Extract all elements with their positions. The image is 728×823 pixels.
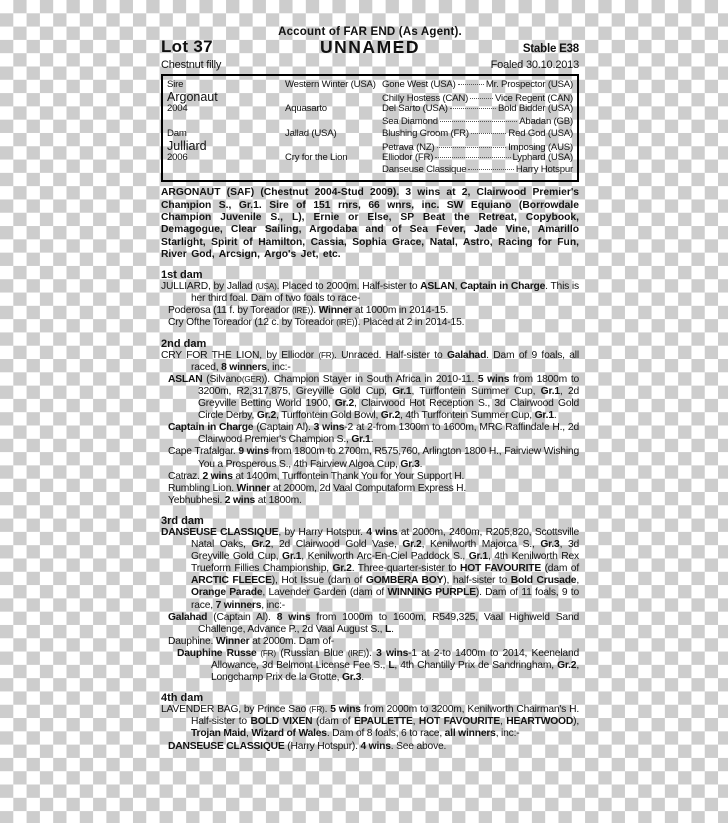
bold-text-run: 8 wins (277, 612, 311, 623)
section-heading: 4th dam (161, 692, 579, 704)
bold-text-run: Gr.2 (257, 410, 276, 421)
ancestor-name: Red God (USA) (508, 128, 573, 140)
bold-text-run: Bold Crusade (511, 575, 577, 586)
ancestor-pair: Sea DiamondAbadan (GB) (382, 116, 573, 128)
bold-text-run: 5 wins (478, 374, 509, 385)
pedigree-paragraph: Rumbling Lion. Winner at 2000m, 2d Vaal … (168, 483, 579, 495)
pedigree-row: 2004AquasartoDel Sarto (USA)Bold Bidder … (167, 103, 573, 115)
bold-text-run: BOLD VIXEN (251, 716, 313, 727)
text-run: (FR) (309, 705, 325, 714)
text-run: , inc:- (261, 600, 285, 611)
bold-text-run: Gr.1 (469, 551, 488, 562)
text-run: CRY FOR THE LION, by Elliodor (161, 350, 318, 361)
pedigree-paragraph: Cape Trafalgar. 9 wins from 1800m to 270… (168, 446, 579, 470)
text-run: , Kenilworth Majorca S., (422, 539, 541, 550)
bold-text-run: 4 wins (361, 741, 391, 752)
pedigree-paragraph: Galahad (Captain Al). 8 wins from 1000m … (168, 612, 579, 636)
text-run: JULLIARD, by Jallad (161, 281, 255, 292)
bold-text-run: Gr.1 (392, 386, 411, 397)
dam-sections: 1st damJULLIARD, by Jallad (USA). Placed… (161, 269, 579, 753)
pedigree-paragraph: ASLAN (Silvano(GER)). Champion Stayer in… (168, 374, 579, 422)
text-run: (FR) (318, 351, 334, 360)
text-run: (FR) (257, 649, 276, 658)
pedigree-paragraph: Captain in Charge (Captain Al). 3 wins-2… (168, 422, 579, 446)
bold-text-run: Captain in Charge (460, 281, 545, 292)
text-run: at 2000m, 2d Vaal Computaform Express H. (270, 483, 466, 494)
text-run: (IRE) (336, 318, 354, 327)
bold-text-run: Gr.1 (282, 551, 301, 562)
text-run: , Lavender Garden (dam of (262, 587, 387, 598)
text-run: ), half-sister to (443, 575, 511, 586)
ancestor-name: Harry Hotspur (516, 164, 573, 176)
bold-text-run: Gr.2 (557, 660, 576, 671)
text-run: ). (310, 305, 319, 316)
pedigree-paragraph: DANSEUSE CLASSIQUE, by Harry Hotspur. 4 … (161, 527, 579, 612)
bold-text-run: Gr.2 (402, 539, 421, 550)
text-run: , by Harry Hotspur. (278, 527, 366, 538)
bold-text-run: HEARTWOOD (506, 716, 573, 727)
dotted-leader (450, 108, 496, 109)
ancestor-name: Bold Bidder (USA) (498, 103, 573, 115)
pedigree-paragraph: Dauphine. Winner at 2000m. Dam of- (168, 636, 579, 648)
bold-text-run: Winner (216, 636, 250, 647)
text-run: ). Placed at 2 in 2014-15. (354, 317, 464, 328)
bold-text-run: Winner (319, 305, 353, 316)
bold-text-run: Captain in Charge (168, 422, 253, 433)
ancestor-name: Blushing Groom (FR) (382, 128, 469, 140)
pedigree-paragraph: Cry Ofthe Toreador (12 c. by Toreador (I… (168, 317, 579, 329)
text-run: . Placed to 2000m. Half-sister to (277, 281, 421, 292)
section-heading: 2nd dam (161, 338, 579, 350)
pedigree-row: Sea DiamondAbadan (GB) (167, 116, 573, 128)
horse-name: UNNAMED (161, 41, 579, 53)
text-run: ). (366, 648, 376, 659)
bold-text-run: Gr.2 (335, 398, 354, 409)
text-run: , Turffontein Summer Cup, (411, 386, 540, 397)
ancestor-pair: Danseuse ClassiqueHarry Hotspur (382, 164, 573, 176)
text-run: LAVENDER BAG, by Prince Sao (161, 704, 309, 715)
bold-text-run: ASLAN (420, 281, 454, 292)
bold-text-run: 7 winners (216, 600, 262, 611)
bold-text-run: ARCTIC FLEECE (191, 575, 272, 586)
bold-text-run: Gr.1 (541, 386, 560, 397)
text-run: ), Hot Issue (dam of (272, 575, 366, 586)
text-run: . (371, 434, 374, 445)
parent-meta: 2006 (167, 152, 285, 164)
dotted-leader (435, 157, 510, 158)
text-run: (GER) (242, 375, 264, 384)
pedigree-row: ArgonautChilly Hostess (CAN)Vice Regent … (167, 91, 573, 103)
bold-text-run: 2 wins (202, 471, 232, 482)
pedigree-row: JulliardPetrava (NZ)Imposing (AUS) (167, 140, 573, 152)
bold-text-run: EPAULETTE (354, 716, 413, 727)
ancestor-name: Lyphard (USA) (513, 152, 574, 164)
parent-name: Argonaut (167, 91, 285, 103)
text-run: at 1400m, Turffontein Thank You for Your… (233, 471, 464, 482)
text-run: , Kenilworth Arc-En-Ciel Paddock S., (301, 551, 468, 562)
bold-text-run: Gr.3 (400, 459, 419, 470)
dotted-leader (468, 169, 513, 170)
bold-text-run: Galahad (168, 612, 207, 623)
grandparent-name: Aquasarto (285, 103, 382, 115)
text-run: Yebhubhesi. (168, 495, 225, 506)
pedigree-paragraph: DANSEUSE CLASSIQUE (Harry Hotspur). 4 wi… (168, 741, 579, 753)
bold-text-run: 3 wins (314, 422, 345, 433)
text-run: (dam of (541, 563, 579, 574)
text-run: , Turffontein Gold Bowl, (276, 410, 381, 421)
text-run: , (576, 575, 579, 586)
text-run: , 2d Clairwood Gold Vase, (271, 539, 403, 550)
ancestor-pair: Gone West (USA)Mr. Prospector (USA) (382, 79, 573, 91)
pedigree-row: SireWestern Winter (USA)Gone West (USA)M… (167, 79, 573, 91)
ancestor-name: Gone West (USA) (382, 79, 456, 91)
text-run: , inc:- (267, 362, 291, 373)
bold-text-run: Gr.2 (251, 539, 270, 550)
pedigree-row: DamJallad (USA)Blushing Groom (FR)Red Go… (167, 128, 573, 140)
dotted-leader (440, 121, 517, 122)
dotted-leader (437, 147, 507, 148)
bold-text-run: GOMBERA BOY (366, 575, 443, 586)
ancestor-pair: Blushing Groom (FR)Red God (USA) (382, 128, 573, 140)
text-run: (dam of (312, 716, 354, 727)
bold-text-run: 3 wins (376, 648, 408, 659)
pedigree-paragraph: Catraz. 2 wins at 1400m, Turffontein Tha… (168, 471, 579, 483)
text-run: , inc:- (496, 728, 520, 739)
bold-text-run: Gr.2 (332, 563, 351, 574)
text-run: (IRE) (348, 649, 366, 658)
grandparent-name: Jallad (USA) (285, 128, 382, 140)
bold-text-run: Winner (237, 483, 271, 494)
parent-meta: 2004 (167, 103, 285, 115)
text-run: (Silvano (202, 374, 241, 385)
bold-text-run: DANSEUSE CLASSIQUE (161, 527, 278, 538)
text-run: Rumbling Lion. (168, 483, 237, 494)
text-run: (Captain Al). (207, 612, 277, 623)
bold-text-run: ARGONAUT (SAF) (Chestnut 2004-Stud 2009)… (161, 187, 579, 259)
catalogue-page: { "colors":{ "text":"#111111", "checker_… (0, 0, 728, 823)
bold-text-run: Gr.1 (535, 410, 554, 421)
grandparent-name: Western Winter (USA) (285, 79, 382, 91)
text-run: . Unraced. Half-sister to (334, 350, 447, 361)
ancestor-name: Elliodor (FR) (382, 152, 433, 164)
pedigree-row: 2006Cry for the LionElliodor (FR)Lyphard… (167, 152, 573, 164)
text-run: Catraz. (168, 471, 202, 482)
bold-text-run: Gr.2 (381, 410, 400, 421)
grandparent-name: Cry for the Lion (285, 152, 382, 164)
bold-text-run: Dauphine Russe (177, 648, 257, 659)
text-run: (Captain Al). (253, 422, 313, 433)
pedigree-paragraph: LAVENDER BAG, by Prince Sao (FR). 5 wins… (161, 704, 579, 740)
colour-sex: Chestnut filly (161, 59, 221, 71)
ancestor-name: Abadan (GB) (519, 116, 573, 128)
text-run: Cry Ofthe Toreador (12 c. by Toreador (168, 317, 336, 328)
text-run: (USA) (255, 282, 276, 291)
text-run: at 1800m. (255, 495, 302, 506)
bold-text-run: DANSEUSE CLASSIQUE (168, 741, 285, 752)
ancestor-name: Danseuse Classique (382, 164, 466, 176)
bold-text-run: 4 wins (366, 527, 397, 538)
section-heading: 1st dam (161, 269, 579, 281)
foaled-date: Foaled 30.10.2013 (491, 59, 579, 71)
bold-text-run: Wizard of Wales (251, 728, 326, 739)
bold-text-run: Gr.1 (351, 434, 370, 445)
text-run: at 1000m in 2014-15. (352, 305, 448, 316)
pedigree-paragraph: Yebhubhesi. 2 wins at 1800m. (168, 495, 579, 507)
text-run: . (420, 459, 423, 470)
text-run: . See above. (391, 741, 446, 752)
text-run: (Russian Blue (276, 648, 348, 659)
sex-foaled-row: Chestnut filly Foaled 30.10.2013 (161, 59, 579, 71)
text-run: . Three-quarter-sister to (352, 563, 460, 574)
bold-text-run: Orange Parade (191, 587, 262, 598)
ancestor-pair: Elliodor (FR)Lyphard (USA) (382, 152, 573, 164)
pedigree-paragraph: Dauphine Russe (FR) (Russian Blue (IRE))… (177, 648, 579, 684)
pedigree-paragraph: JULLIARD, by Jallad (USA). Placed to 200… (161, 281, 579, 305)
pedigree-paragraph: Poderosa (11 f. by Toreador (IRE)). Winn… (168, 305, 579, 317)
text-run: ), (573, 716, 579, 727)
text-run: . Dam of 8 foals, 6 to race, (327, 728, 445, 739)
section-heading: 3rd dam (161, 515, 579, 527)
pedigree-row: Danseuse ClassiqueHarry Hotspur (167, 164, 573, 176)
bold-text-run: 9 wins (238, 446, 268, 457)
bold-text-run: Galahad (447, 350, 486, 361)
pedigree-paragraph: CRY FOR THE LION, by Elliodor (FR). Unra… (161, 350, 579, 374)
text-run: at 2000m. Dam of- (249, 636, 334, 647)
bold-text-run: HOT FAVOURITE (460, 563, 541, 574)
bold-text-run: WINNING PURPLE (388, 587, 476, 598)
text-run: , 4th Turffontein Summer Cup, (400, 410, 535, 421)
text-run: , 4th Chantilly Prix de Sandringham, (394, 660, 557, 671)
text-run: . (554, 410, 557, 421)
bold-text-run: all winners (445, 728, 496, 739)
text-run: (IRE) (292, 306, 310, 315)
text-run: (Harry Hotspur). (285, 741, 361, 752)
bold-text-run: 2 wins (225, 495, 255, 506)
bold-text-run: Trojan Maid (191, 728, 246, 739)
text-run: . (391, 624, 394, 635)
ancestor-pair: Del Sarto (USA)Bold Bidder (USA) (382, 103, 573, 115)
text-run: . (361, 672, 364, 683)
pedigree-table: SireWestern Winter (USA)Gone West (USA)M… (161, 74, 579, 182)
parent-name: Julliard (167, 140, 285, 152)
bold-text-run: ASLAN (168, 374, 202, 385)
lot-header-row: Lot 37 UNNAMED Stable E38 (161, 41, 579, 59)
sale-catalogue-document: Account of FAR END (As Agent). Lot 37 UN… (161, 26, 579, 753)
sire-summary-paragraph: ARGONAUT (SAF) (Chestnut 2004-Stud 2009)… (161, 187, 579, 261)
bold-text-run: 5 wins (330, 704, 361, 715)
text-run: Dauphine. (168, 636, 216, 647)
text-run: ). Champion Stayer in South Africa in 20… (264, 374, 478, 385)
ancestor-name: Sea Diamond (382, 116, 438, 128)
bold-text-run: Gr.3 (540, 539, 559, 550)
dotted-leader (471, 133, 507, 134)
ancestor-name: Mr. Prospector (USA) (486, 79, 573, 91)
dotted-leader (458, 84, 484, 85)
ancestor-name: Del Sarto (USA) (382, 103, 448, 115)
text-run: Poderosa (11 f. by Toreador (168, 305, 292, 316)
bold-text-run: HOT FAVOURITE (419, 716, 500, 727)
text-run: Cape Trafalgar. (168, 446, 238, 457)
dotted-leader (470, 98, 493, 99)
bold-text-run: Gr.3 (342, 672, 361, 683)
bold-text-run: 8 winners (221, 362, 267, 373)
